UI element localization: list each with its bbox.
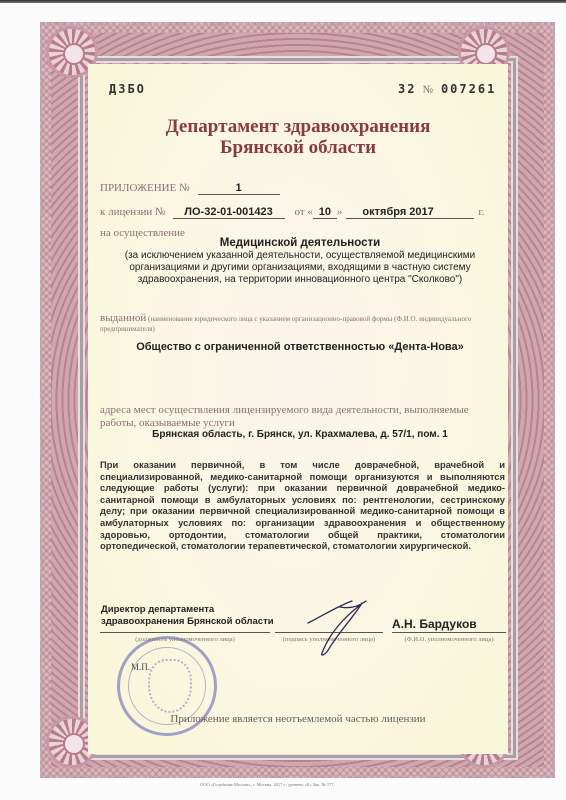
issued-label: выданной (100, 312, 146, 324)
series-code: ДЗБО (109, 82, 146, 96)
works-services-text: При оказании первичной, в том числе довр… (100, 459, 505, 552)
name-line (392, 632, 506, 633)
license-number: ЛО-32-01-001423 (173, 206, 285, 219)
signatory-role-line-2: здравоохранения Брянской области (101, 616, 274, 628)
footer-note: Приложение является неотъемлемой частью … (88, 713, 508, 725)
activity-title: Медицинской деятельности (96, 236, 504, 250)
address-label: адреса мест осуществления лицензируемого… (100, 404, 505, 430)
handwritten-signature-icon (300, 597, 370, 657)
activity-description: (за исключением указанной деятельности, … (96, 250, 504, 286)
form-serial: 007261 (441, 82, 496, 96)
issued-hint: (наименование юридического лица с указан… (100, 315, 471, 333)
caption-position: (должность уполномоченного лица) (100, 636, 270, 643)
seal-mark: М.П. (131, 662, 150, 672)
issued-to-row: выданной (наименование юридического лица… (100, 313, 505, 334)
issuing-authority: Департамент здравоохранения Брянской обл… (88, 116, 508, 158)
signatory-role-line-1: Директор департамента (101, 604, 274, 616)
printer-imprint: ООО «Голубкова-Москва», г. Москва, 2017 … (200, 782, 400, 787)
licensed-activity: Медицинской деятельности (за исключением… (96, 236, 504, 286)
form-number: 32№007261 (398, 82, 496, 96)
appendix-row: ПРИЛОЖЕНИЕ № 1 (100, 178, 280, 196)
signatory-role: Директор департамента здравоохранения Бр… (101, 604, 274, 628)
region-code: 32 (398, 82, 416, 96)
appendix-label: ПРИЛОЖЕНИЕ № (100, 182, 190, 194)
position-line (100, 632, 270, 633)
date-quote-close: » (337, 206, 343, 218)
date-suffix: г. (478, 206, 484, 218)
license-row: к лицензии № ЛО-32-01-001423 от «10» окт… (100, 202, 484, 220)
date-day: 10 (313, 206, 337, 219)
authority-line-1: Департамент здравоохранения (88, 116, 508, 137)
signatory-name: А.Н. Бардуков (392, 617, 477, 631)
date-from-label: от « (295, 206, 313, 218)
caption-name: (Ф.И.О. уполномоченного лица) (392, 636, 506, 643)
scan-top-edge (0, 0, 566, 3)
organization-name: Общество с ограниченной ответственностью… (96, 341, 504, 353)
appendix-number: 1 (198, 182, 280, 195)
address: Брянская область, г. Брянск, ул. Крахмал… (96, 429, 504, 440)
license-label: к лицензии № (100, 206, 166, 218)
authority-line-2: Брянской области (88, 137, 508, 158)
number-sign: № (422, 84, 435, 96)
date-month-year: октября 2017 (346, 206, 474, 219)
